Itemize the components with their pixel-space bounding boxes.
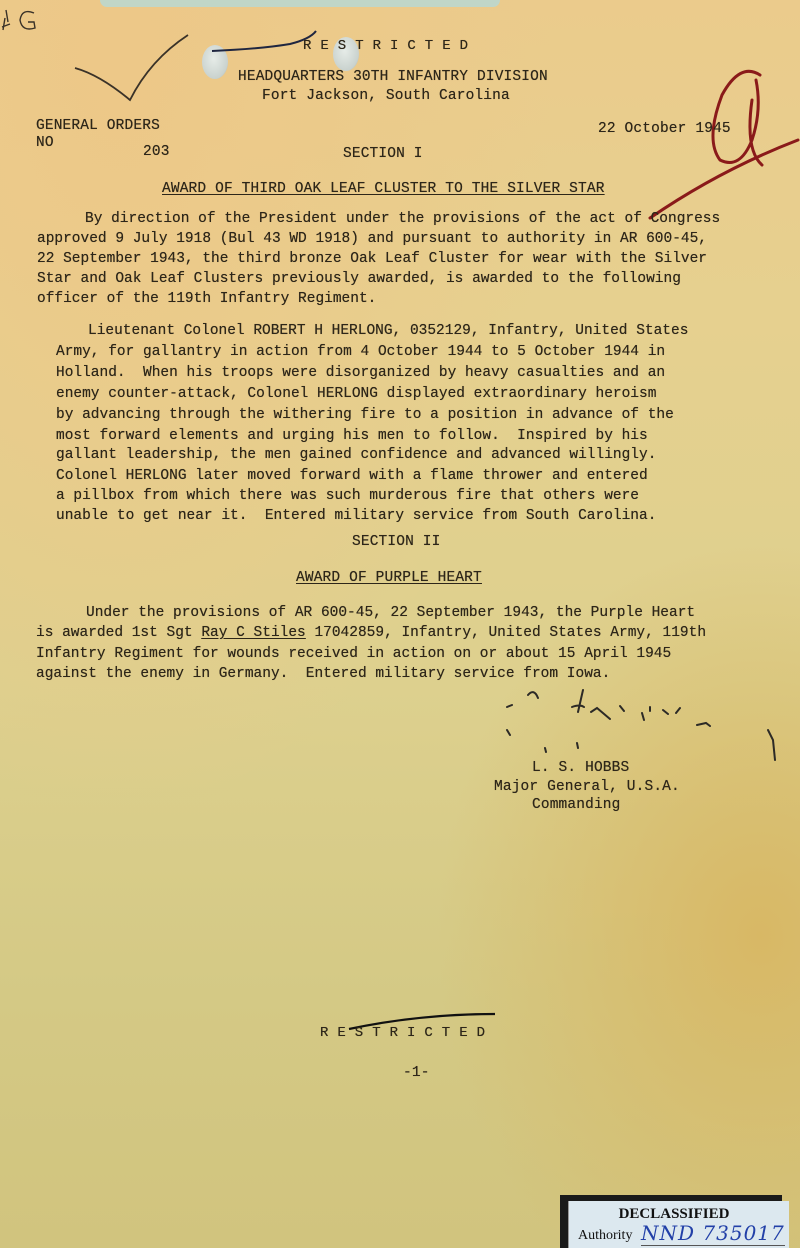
red-pencil-mark	[650, 71, 798, 218]
recipient-name: Ray C Stiles	[201, 625, 305, 641]
paragraph-line: By direction of the President under the …	[85, 210, 720, 230]
order-date: 22 October 1945	[598, 120, 731, 138]
paragraph-line: approved 9 July 1918 (Bul 43 WD 1918) an…	[37, 230, 707, 250]
section-1-title: AWARD OF THIRD OAK LEAF CLUSTER TO THE S…	[162, 180, 605, 198]
citation-line: Lieutenant Colonel ROBERT H HERLONG, 035…	[88, 322, 688, 342]
headquarters-line: HEADQUARTERS 30TH INFANTRY DIVISION	[238, 68, 548, 86]
text-run: 17042859, Infantry, United States Army, …	[306, 625, 706, 641]
paragraph-line: officer of the 119th Infantry Regiment.	[37, 290, 376, 310]
paragraph-line: is awarded 1st Sgt Ray C Stiles 17042859…	[36, 624, 706, 644]
citation-line: Holland. When his troops were disorganiz…	[56, 364, 665, 384]
authority-value: NND 735017	[641, 1221, 785, 1246]
paragraph-line: Infantry Regiment for wounds received in…	[36, 645, 671, 665]
citation-line: Colonel HERLONG later moved forward with…	[56, 467, 648, 487]
header-classification: RESTRICTED	[303, 37, 477, 55]
citation-line: most forward elements and urging his men…	[56, 427, 648, 447]
section-2-title: AWARD OF PURPLE HEART	[296, 569, 482, 587]
paragraph-line: Star and Oak Leaf Clusters previously aw…	[37, 270, 681, 290]
orders-number: 203	[143, 143, 170, 161]
footer-classification: RESTRICTED	[320, 1024, 494, 1042]
citation-line: unable to get near it. Entered military …	[56, 507, 656, 527]
strikethrough-line-top	[212, 31, 316, 51]
signer-name: L. S. HOBBS	[532, 759, 629, 777]
paragraph-line: Under the provisions of AR 600-45, 22 Se…	[86, 604, 695, 624]
signer-rank: Major General, U.S.A.	[494, 778, 680, 796]
orders-no-label: NO	[36, 134, 54, 152]
signature	[507, 690, 775, 760]
paragraph-line: against the enemy in Germany. Entered mi…	[36, 665, 610, 685]
check-mark-icon	[75, 35, 188, 100]
citation-line: enemy counter-attack, Colonel HERLONG di…	[56, 385, 656, 405]
citation-line: by advancing through the withering fire …	[56, 406, 674, 426]
authority-label: Authority	[578, 1228, 632, 1244]
signer-title: Commanding	[532, 796, 621, 814]
general-orders-label: GENERAL ORDERS	[36, 117, 160, 135]
text-run: is awarded 1st Sgt	[36, 625, 201, 641]
location-line: Fort Jackson, South Carolina	[262, 87, 510, 105]
section-2-heading: SECTION II	[352, 533, 441, 551]
paragraph-line: 22 September 1943, the third bronze Oak …	[37, 250, 707, 270]
page-number: -1-	[403, 1064, 430, 1082]
section-1-heading: SECTION I	[343, 145, 423, 163]
citation-line: gallant leadership, the men gained confi…	[56, 446, 656, 466]
citation-line: a pillbox from which there was such murd…	[56, 487, 639, 507]
citation-line: Army, for gallantry in action from 4 Oct…	[56, 343, 665, 363]
declassified-stamp: DECLASSIFIED Authority NND 735017	[560, 1195, 782, 1248]
